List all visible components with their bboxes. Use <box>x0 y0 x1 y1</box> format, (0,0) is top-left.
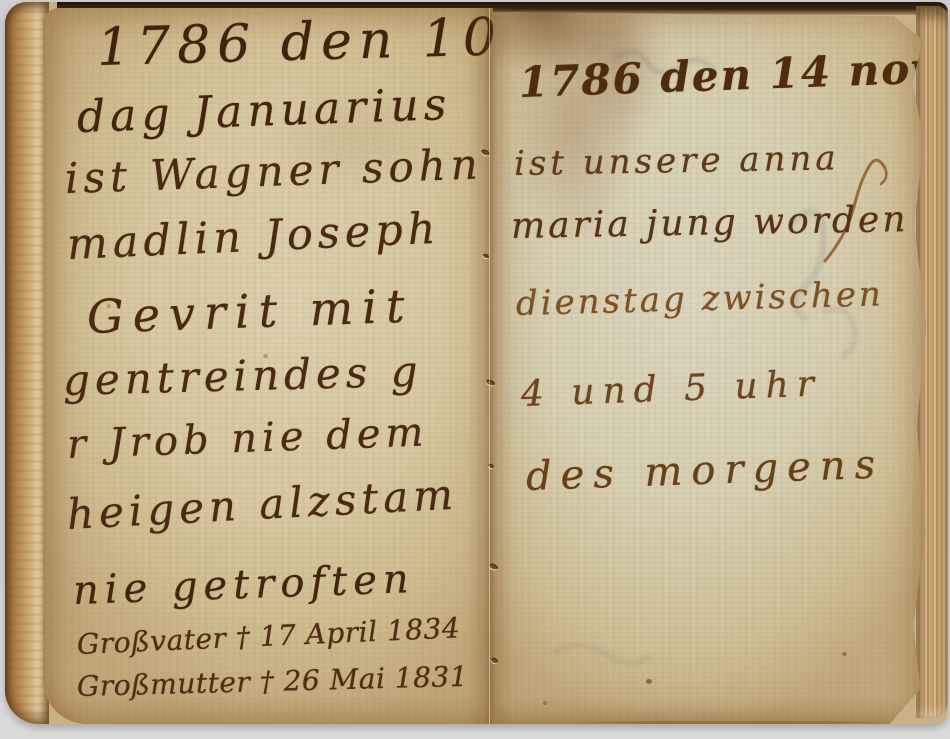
manuscript-line: gentreindes g <box>62 347 423 405</box>
manuscript-line: ist unsere anna <box>514 138 840 184</box>
manuscript-line: des morgens <box>525 442 885 500</box>
manuscript-line: ist Wagner sohn <box>64 139 483 203</box>
manuscript-line: 1786 den 10 <box>96 8 493 78</box>
manuscript-line: dienstag zwischen <box>515 274 884 324</box>
manuscript-line: dag Januarius <box>76 79 452 143</box>
manuscript-line: maria jung worden <box>511 199 909 247</box>
manuscript-line-grossmutter-death-date: Großmutter † 26 Mai 1831 <box>77 660 469 703</box>
ink-speck <box>107 304 111 308</box>
manuscript-photo: 1786 den 10 dag Januarius ist Wagner soh… <box>0 0 950 739</box>
manuscript-line-grossvater-death-date: Großvater † 17 April 1834 <box>76 611 461 661</box>
manuscript-line-date-heading: 1786 den 14 november <box>518 38 929 107</box>
manuscript-line: heigen alzstam <box>66 470 459 539</box>
ink-speck <box>543 701 547 705</box>
manuscript-line: 4 und 5 uhr <box>520 364 822 415</box>
manuscript-line: Gevrit mit <box>86 279 414 344</box>
ink-speck <box>842 652 847 656</box>
page-bottom-edge <box>563 721 889 724</box>
left-page: 1786 den 10 dag Januarius ist Wagner soh… <box>43 8 493 724</box>
ink-speck <box>646 679 652 684</box>
ink-speck <box>263 354 268 358</box>
manuscript-line: r Jrob nie dem <box>66 409 429 468</box>
book: 1786 den 10 dag Januarius ist Wagner soh… <box>5 2 948 724</box>
manuscript-line: nie getroften <box>72 556 415 614</box>
manuscript-line: madlin Joseph <box>66 204 441 270</box>
right-page: 1786 den 14 november ist unsere anna mar… <box>493 12 929 724</box>
